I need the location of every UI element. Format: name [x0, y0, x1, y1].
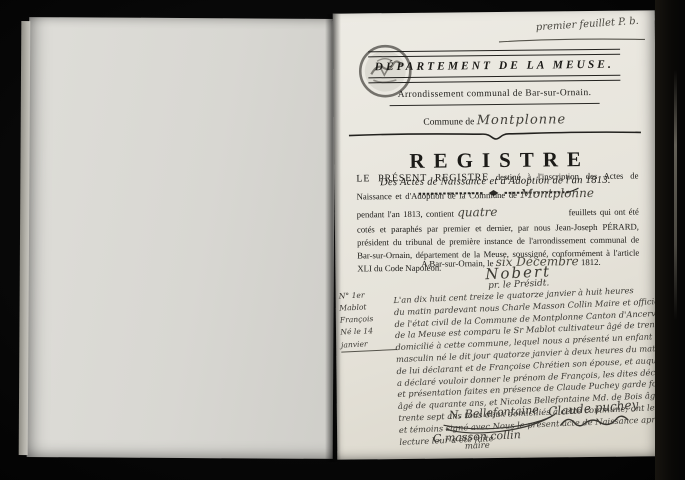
department-title: DÉPARTEMENT DE LA MEUSE.	[333, 58, 655, 73]
single-rule	[390, 103, 600, 106]
preamble-text-2: pendant l'an 1813, contient	[357, 209, 454, 220]
page-edges-highlight	[674, 70, 677, 320]
mayor-signature-block: C masson collin maire	[433, 428, 522, 453]
commune-label: Commune de	[423, 117, 474, 128]
arrondissement-line: Arrondissement communal de Bar-sur-Ornai…	[333, 87, 655, 100]
annotation-flourish-line	[497, 36, 647, 44]
dateline-prefix: A Bar-sur-Ornain, le	[421, 258, 493, 269]
archival-annotation: premier feuillet P. b.	[535, 16, 639, 33]
margin-note: N° 1er Mablot François Né le 14 janvier	[339, 288, 398, 352]
commune-fill-handwritten: Montplonne	[520, 184, 638, 203]
register-title-page: premier feuillet P. b. DÉPARTEMENT DE LA…	[333, 10, 660, 459]
photographed-register-scene: premier feuillet P. b. DÉPARTEMENT DE LA…	[0, 0, 685, 480]
commune-line: Commune de Montplonne	[334, 111, 656, 129]
president-signature-block: Nobert pr. le Présidt.	[485, 262, 552, 291]
sheet-count-handwritten: quatre	[457, 203, 565, 222]
blank-verso-page	[27, 17, 336, 459]
decorative-bracket-rule	[345, 128, 645, 143]
child-name: Mablot François	[339, 300, 396, 327]
preamble-lead: LE PRÉSENT REGISTRE	[356, 172, 489, 184]
commune-name-handwritten: Montplonne	[477, 112, 567, 128]
birth-date-note: Né le 14 janvier	[340, 324, 397, 352]
page-stack-edge	[19, 21, 31, 455]
book-fore-edge	[655, 0, 685, 480]
double-rule-top	[368, 49, 620, 58]
dateline-year: 1812.	[581, 257, 601, 267]
double-rule-bottom	[368, 75, 620, 84]
